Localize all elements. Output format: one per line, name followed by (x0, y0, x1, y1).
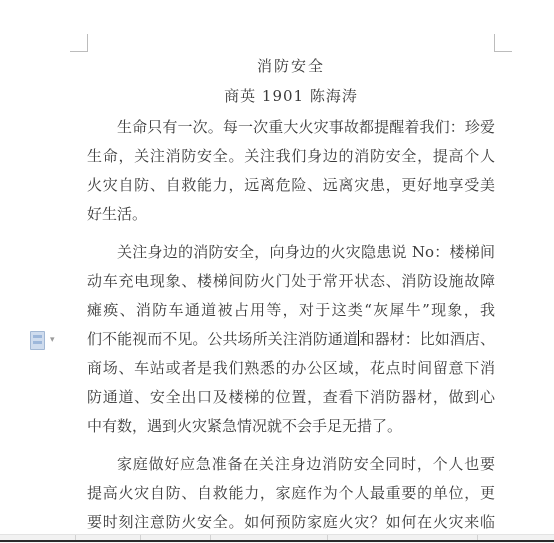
text-boundary-mark-top-left (70, 34, 88, 52)
document-byline: 商英 1901 陈海涛 (87, 81, 495, 112)
paste-options-icon (30, 331, 45, 350)
text-cursor (358, 330, 360, 346)
text-line: 关注身边的消防安全，向身边的火灾隐患说 No：楼梯间电 (87, 238, 495, 267)
paragraph: 家庭做好应急准备在关注身边消防安全同时，个人也要提高火灾自防、自救能力，家庭作为… (87, 450, 495, 537)
text-line: 动车充电现象、楼梯间防火门处于常开状态、消防设施故障 (87, 267, 495, 296)
text-line: 生命，关注消防安全。关注我们身边的消防安全，提高个人 (87, 142, 495, 171)
text-line: 商场、车站或者是我们熟悉的办公区域，花点时间留意下消 (87, 354, 495, 383)
document-page: ▾ 消防安全 商英 1901 陈海涛 生命只有一次。每一次重大火灾事故都提醒着我… (0, 0, 554, 543)
text-line: 火灾自防、自救能力，远离危险、远离灾患，更好地享受美 (87, 171, 495, 200)
text-line: 防通道、安全出口及楼梯的位置，查看下消防器材，做到心 (87, 383, 495, 412)
chevron-down-icon: ▾ (50, 336, 55, 345)
text-line: 瘫痪、消防车通道被占用等，对于这类“灰犀牛”现象，我 (87, 296, 495, 325)
text-line: 提高火灾自防、自救能力，家庭作为个人最重要的单位，更 (87, 479, 495, 508)
paragraph: 生命只有一次。每一次重大火灾事故都提醒着我们：珍爱生命，关注消防安全。关注我们身… (87, 113, 495, 229)
text-line: 家庭做好应急准备在关注身边消防安全同时，个人也要 (87, 450, 495, 479)
paste-options-button[interactable]: ▾ (30, 331, 55, 350)
text-boundary-mark-top-right (494, 34, 512, 52)
text-line: 中有数，遇到火灾紧急情况就不会手足无措了。 (87, 412, 495, 441)
taskbar-edge (0, 533, 554, 543)
document-content[interactable]: 消防安全 商英 1901 陈海涛 生命只有一次。每一次重大火灾事故都提醒着我们：… (87, 51, 495, 543)
text-line: 好生活。 (87, 200, 495, 229)
paragraphs: 生命只有一次。每一次重大火灾事故都提醒着我们：珍爱生命，关注消防安全。关注我们身… (87, 113, 495, 537)
text-line: 们不能视而不见。公共场所关注消防通道和器材：比如酒店、 (87, 325, 495, 354)
text-line: 生命只有一次。每一次重大火灾事故都提醒着我们：珍爱 (87, 113, 495, 142)
paragraph: 关注身边的消防安全，向身边的火灾隐患说 No：楼梯间电动车充电现象、楼梯间防火门… (87, 238, 495, 441)
document-title: 消防安全 (87, 51, 495, 81)
